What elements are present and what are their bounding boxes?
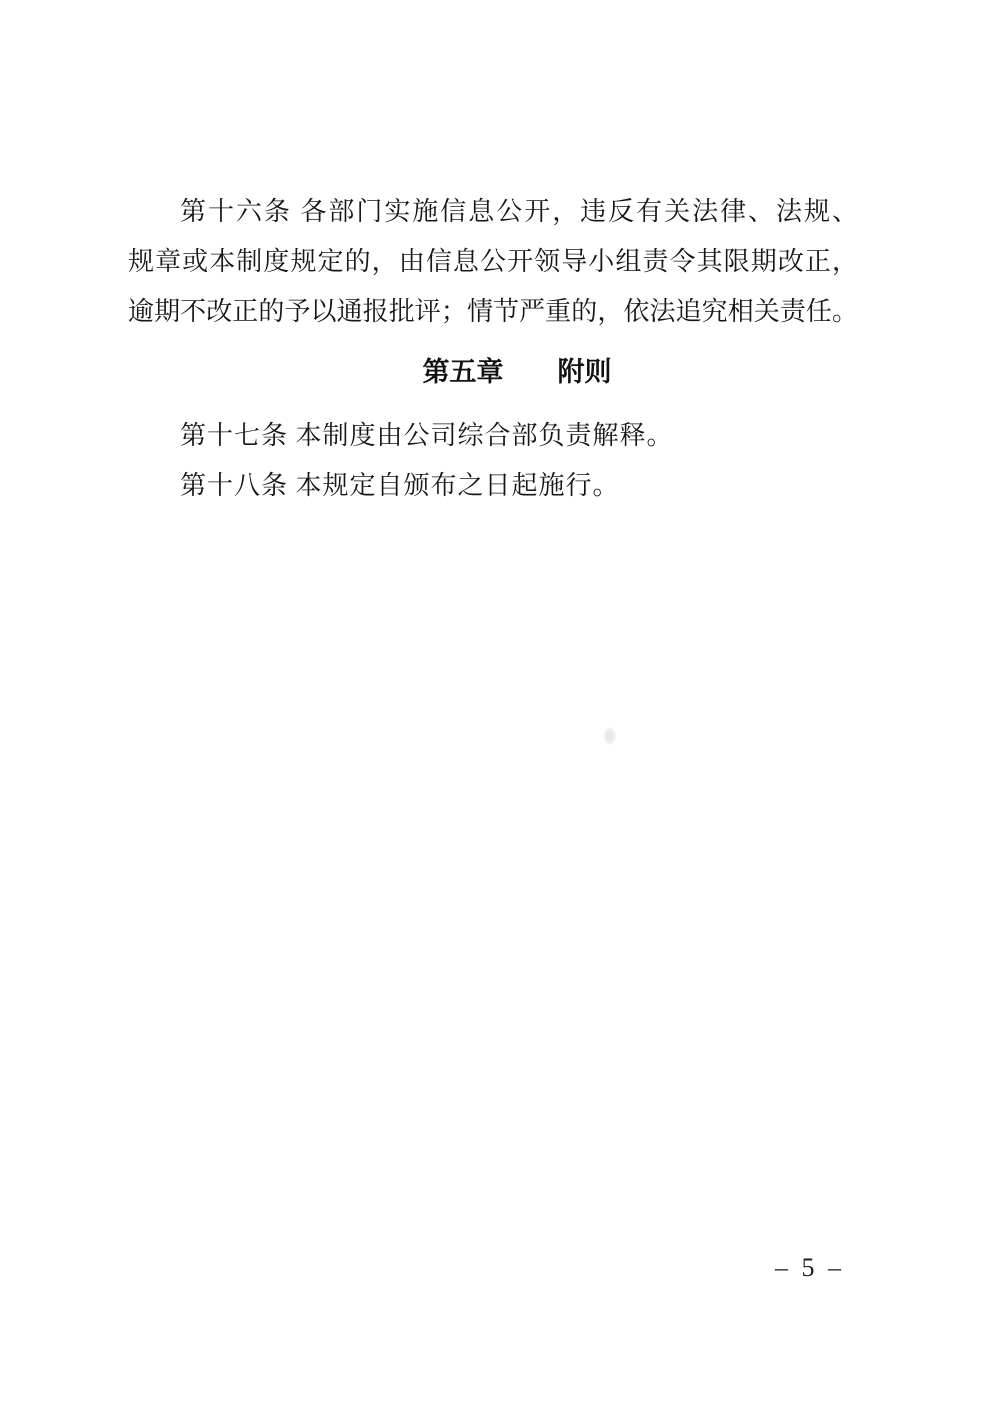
article-16-paragraph: 第十六条 各部门实施信息公开，违反有关法律、法规、 规章或本制度规定的，由信息公… bbox=[128, 187, 858, 337]
scan-smudge-artifact bbox=[605, 728, 615, 744]
article-16-line-1: 第十六条 各部门实施信息公开，违反有关法律、法规、 bbox=[128, 187, 858, 237]
chapter-heading: 第五章 附则 bbox=[153, 352, 881, 392]
article-16-line-3: 逾期不改正的予以通报批评；情节严重的，依法追究相关责任。 bbox=[128, 287, 858, 337]
article-16-line-2: 规章或本制度规定的，由信息公开领导小组责令其限期改正， bbox=[128, 237, 858, 287]
article-17-text: 第十七条 本制度由公司综合部负责解释。 bbox=[128, 411, 858, 461]
article-18-text: 第十八条 本规定自颁布之日起施行。 bbox=[128, 461, 858, 511]
page-number: – 5 – bbox=[775, 1250, 885, 1286]
document-page: 第十六条 各部门实施信息公开，违反有关法律、法规、 规章或本制度规定的，由信息公… bbox=[0, 0, 992, 1403]
